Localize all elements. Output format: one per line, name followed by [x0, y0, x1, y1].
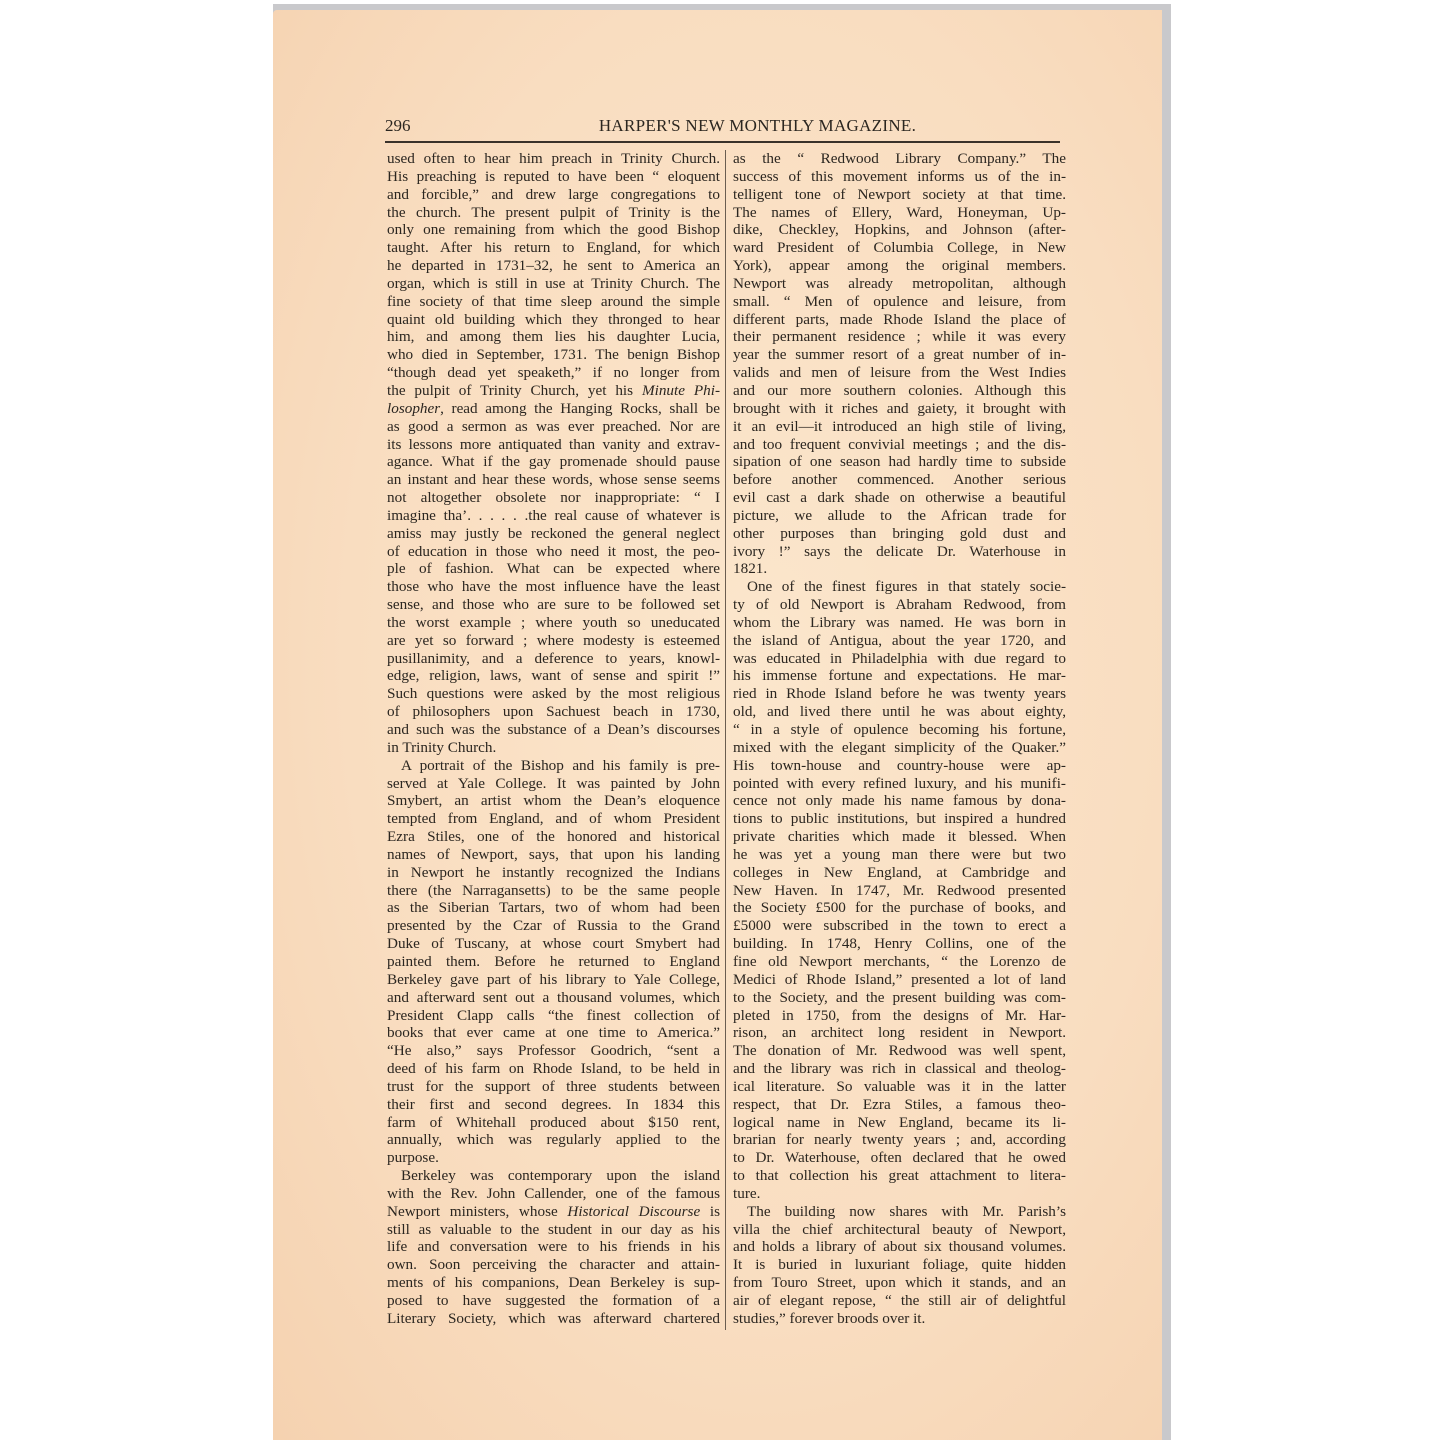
text-line: farm of Whitehall produced about $150 re…: [387, 1114, 720, 1132]
text-line: private charities which made it blessed.…: [733, 828, 1066, 846]
text-line: whom the Library was named. He was born …: [733, 614, 1066, 632]
text-line: ward President of Columbia College, in N…: [733, 239, 1066, 257]
text-line: brarian for nearly twenty years ; and, a…: [733, 1131, 1066, 1149]
text-line: £5000 were subscribed in the town to ere…: [733, 917, 1066, 935]
text-line: brought with it riches and gaiety, it br…: [733, 400, 1066, 418]
text-line: in Newport he instantly recognized the I…: [387, 864, 720, 882]
text-line: Newport was already metropolitan, althou…: [733, 275, 1066, 293]
text-line: he was yet a young man there were but tw…: [733, 846, 1066, 864]
text-line: telligent tone of Newport society at tha…: [733, 186, 1066, 204]
text-line: names of Newport, says, that upon his la…: [387, 846, 720, 864]
text-line: villa the chief architectural beauty of …: [733, 1221, 1066, 1239]
text-line: amiss may justly be reckoned the general…: [387, 525, 720, 543]
text-line: “He also,” says Professor Goodrich, “sen…: [387, 1042, 720, 1060]
text-line: ture.: [733, 1185, 1066, 1203]
text-line: ical literature. So valuable was it in t…: [733, 1078, 1066, 1096]
text-line: losopher, read among the Hanging Rocks, …: [387, 400, 720, 418]
text-line: “ in a style of opulence becoming his fo…: [733, 721, 1066, 739]
text-line: presented by the Czar of Russia to the G…: [387, 917, 720, 935]
text-line: of philosophers upon Sachuest beach in 1…: [387, 703, 720, 721]
text-line: it an evil—it introduced an high stile o…: [733, 418, 1066, 436]
text-line: Smybert, an artist whom the Dean’s eloqu…: [387, 792, 720, 810]
text-line: in Trinity Church.: [387, 739, 720, 757]
text-line: of education in those who need it most, …: [387, 543, 720, 561]
text-line: from Touro Street, upon which it stands,…: [733, 1274, 1066, 1292]
text-line: evil cast a dark shade on otherwise a be…: [733, 489, 1066, 507]
text-line: and holds a library of about six thousan…: [733, 1238, 1066, 1256]
text-line: to that collection his great attachment …: [733, 1167, 1066, 1185]
text-line: edge, religion, laws, want of sense and …: [387, 667, 720, 685]
text-line: as good a sermon as was ever preached. N…: [387, 418, 720, 436]
text-line: fine society of that time sleep around t…: [387, 293, 720, 311]
text-line: fine old Newport merchants, “ the Lorenz…: [733, 953, 1066, 971]
text-line: are yet so forward ; where modesty is es…: [387, 632, 720, 650]
text-line: picture, we allude to the African trade …: [733, 507, 1066, 525]
text-line: Medici of Rhode Island,” presented a lot…: [733, 971, 1066, 989]
text-line: tempted from England, and of whom Presid…: [387, 810, 720, 828]
text-line: old, and lived there until he was about …: [733, 703, 1066, 721]
text-line: respect, that Dr. Ezra Stiles, a famous …: [733, 1096, 1066, 1114]
left-column: used often to hear him preach in Trinity…: [387, 150, 720, 1328]
text-line: small. “ Men of opulence and leisure, fr…: [733, 293, 1066, 311]
text-line: pusillanimity, and a deference to years,…: [387, 650, 720, 668]
text-line: posed to have suggested the formation of…: [387, 1292, 720, 1310]
text-line: logical name in New England, became its …: [733, 1114, 1066, 1132]
text-line: One of the finest figures in that statel…: [733, 578, 1066, 596]
text-line: used often to hear him preach in Trinity…: [387, 150, 720, 168]
text-line: ple of fashion. What can be expected whe…: [387, 560, 720, 578]
text-line: ried in Rhode Island before he was twent…: [733, 685, 1066, 703]
text-line: York), appear among the original members…: [733, 257, 1066, 275]
text-line: taught. After his return to England, for…: [387, 239, 720, 257]
text-line: “though dead yet speaketh,” if no longer…: [387, 364, 720, 382]
text-line: he departed in 1731–32, he sent to Ameri…: [387, 257, 720, 275]
text-line: the church. The present pulpit of Trinit…: [387, 204, 720, 222]
text-line: deed of his farm on Rhode Island, to be …: [387, 1060, 720, 1078]
text-line: 1821.: [733, 560, 1066, 578]
text-line: ments of his companions, Dean Berkeley i…: [387, 1274, 720, 1292]
text-line: His town-house and country-house were ap…: [733, 757, 1066, 775]
column-divider: [725, 150, 726, 1330]
text-line: him, and among them lies his daughter Lu…: [387, 328, 720, 346]
text-line: only one remaining from which the good B…: [387, 221, 720, 239]
text-line: New Haven. In 1747, Mr. Redwood presente…: [733, 882, 1066, 900]
text-line: the Society £500 for the purchase of boo…: [733, 899, 1066, 917]
text-line: Ezra Stiles, one of the honored and hist…: [387, 828, 720, 846]
text-line: Literary Society, which was afterward ch…: [387, 1310, 720, 1328]
text-line: the island of Antigua, about the year 17…: [733, 632, 1066, 650]
page-header: 296 HARPER'S NEW MONTHLY MAGAZINE.: [385, 116, 1060, 138]
text-line: colleges in New England, at Cambridge an…: [733, 864, 1066, 882]
text-line: served at Yale College. It was painted b…: [387, 775, 720, 793]
text-line: year the summer resort of a great number…: [733, 346, 1066, 364]
text-line: who died in September, 1731. The benign …: [387, 346, 720, 364]
header-rule: [385, 141, 1060, 143]
text-line: agance. What if the gay promenade should…: [387, 453, 720, 471]
text-line: mixed with the elegant simplicity of the…: [733, 739, 1066, 757]
text-line: annually, which was regularly applied to…: [387, 1131, 720, 1149]
text-line: ivory !” says the delicate Dr. Waterhous…: [733, 543, 1066, 561]
text-line: Duke of Tuscany, at whose court Smybert …: [387, 935, 720, 953]
text-line: The names of Ellery, Ward, Honeyman, Up-: [733, 204, 1066, 222]
text-line: imagine tha’. . . . . .the real cause of…: [387, 507, 720, 525]
text-line: those who have the most influence have t…: [387, 578, 720, 596]
text-line: tions to public institutions, but inspir…: [733, 810, 1066, 828]
text-line: own. Soon perceiving the character and a…: [387, 1256, 720, 1274]
text-line: The donation of Mr. Redwood was well spe…: [733, 1042, 1066, 1060]
text-line: studies,” forever broods over it.: [733, 1310, 1066, 1328]
text-line: organ, which is still in use at Trinity …: [387, 275, 720, 293]
text-line: A portrait of the Bishop and his family …: [387, 757, 720, 775]
text-line: and such was the substance of a Dean’s d…: [387, 721, 720, 739]
text-line: the pulpit of Trinity Church, yet his Mi…: [387, 382, 720, 400]
text-line: pleted in 1750, from the designs of Mr. …: [733, 1007, 1066, 1025]
text-line: and forcible,” and drew large congregati…: [387, 186, 720, 204]
text-line: life and conversation were to his friend…: [387, 1238, 720, 1256]
text-line: before another commenced. Another seriou…: [733, 471, 1066, 489]
text-line: and the library was rich in classical an…: [733, 1060, 1066, 1078]
text-line: different parts, made Rhode Island the p…: [733, 311, 1066, 329]
text-line: to Dr. Waterhouse, often declared that h…: [733, 1149, 1066, 1167]
text-line: air of elegant repose, “ the still air o…: [733, 1292, 1066, 1310]
text-line: there (the Narragansetts) to be the same…: [387, 882, 720, 900]
text-line: the worst example ; where youth so unedu…: [387, 614, 720, 632]
text-line: his immense fortune and expectations. He…: [733, 667, 1066, 685]
text-line: President Clapp calls “the finest collec…: [387, 1007, 720, 1025]
text-line: and too frequent convivial meetings ; an…: [733, 436, 1066, 454]
text-line: building. In 1748, Henry Collins, one of…: [733, 935, 1066, 953]
text-line: and afterward sent out a thousand volume…: [387, 989, 720, 1007]
text-line: books that ever came at one time to Amer…: [387, 1024, 720, 1042]
right-column: as the “ Redwood Library Company.” Thesu…: [733, 150, 1066, 1328]
text-line: Newport ministers, whose Historical Disc…: [387, 1203, 720, 1221]
text-line: Such questions were asked by the most re…: [387, 685, 720, 703]
text-line: The building now shares with Mr. Parish’…: [733, 1203, 1066, 1221]
text-line: with the Rev. John Callender, one of the…: [387, 1185, 720, 1203]
text-line: its lessons more antiquated than vanity …: [387, 436, 720, 454]
text-line: other purposes than bringing gold dust a…: [733, 525, 1066, 543]
text-line: sipation of one season had hardly time t…: [733, 453, 1066, 471]
text-line: cence not only made his name famous by d…: [733, 792, 1066, 810]
text-line: His preaching is reputed to have been “ …: [387, 168, 720, 186]
text-line: sense, and those who are sure to be foll…: [387, 596, 720, 614]
text-line: painted them. Before he returned to Engl…: [387, 953, 720, 971]
text-line: It is buried in luxuriant foliage, quite…: [733, 1256, 1066, 1274]
text-line: an instant and hear these words, whose s…: [387, 471, 720, 489]
text-line: to the Society, and the present building…: [733, 989, 1066, 1007]
running-title: HARPER'S NEW MONTHLY MAGAZINE.: [385, 116, 1060, 136]
text-line: not altogether obsolete nor inappropriat…: [387, 489, 720, 507]
text-line: was educated in Philadelphia with due re…: [733, 650, 1066, 668]
text-line: Berkeley was contemporary upon the islan…: [387, 1167, 720, 1185]
text-line: as the “ Redwood Library Company.” The: [733, 150, 1066, 168]
text-line: success of this movement informs us of t…: [733, 168, 1066, 186]
text-line: still as valuable to the student in our …: [387, 1221, 720, 1239]
text-line: and our more southern colonies. Although…: [733, 382, 1066, 400]
text-line: their permanent residence ; while it was…: [733, 328, 1066, 346]
text-line: quaint old building which they thronged …: [387, 311, 720, 329]
text-line: rison, an architect long resident in New…: [733, 1024, 1066, 1042]
text-line: valids and men of leisure from the West …: [733, 364, 1066, 382]
text-line: as the Siberian Tartars, two of whom had…: [387, 899, 720, 917]
text-line: trust for the support of three students …: [387, 1078, 720, 1096]
text-line: Berkeley gave part of his library to Yal…: [387, 971, 720, 989]
text-line: purpose.: [387, 1149, 720, 1167]
text-line: ty of old Newport is Abraham Redwood, fr…: [733, 596, 1066, 614]
text-line: dike, Checkley, Hopkins, and Johnson (af…: [733, 221, 1066, 239]
text-line: their first and second degrees. In 1834 …: [387, 1096, 720, 1114]
text-line: pointed with every refined luxury, and h…: [733, 775, 1066, 793]
